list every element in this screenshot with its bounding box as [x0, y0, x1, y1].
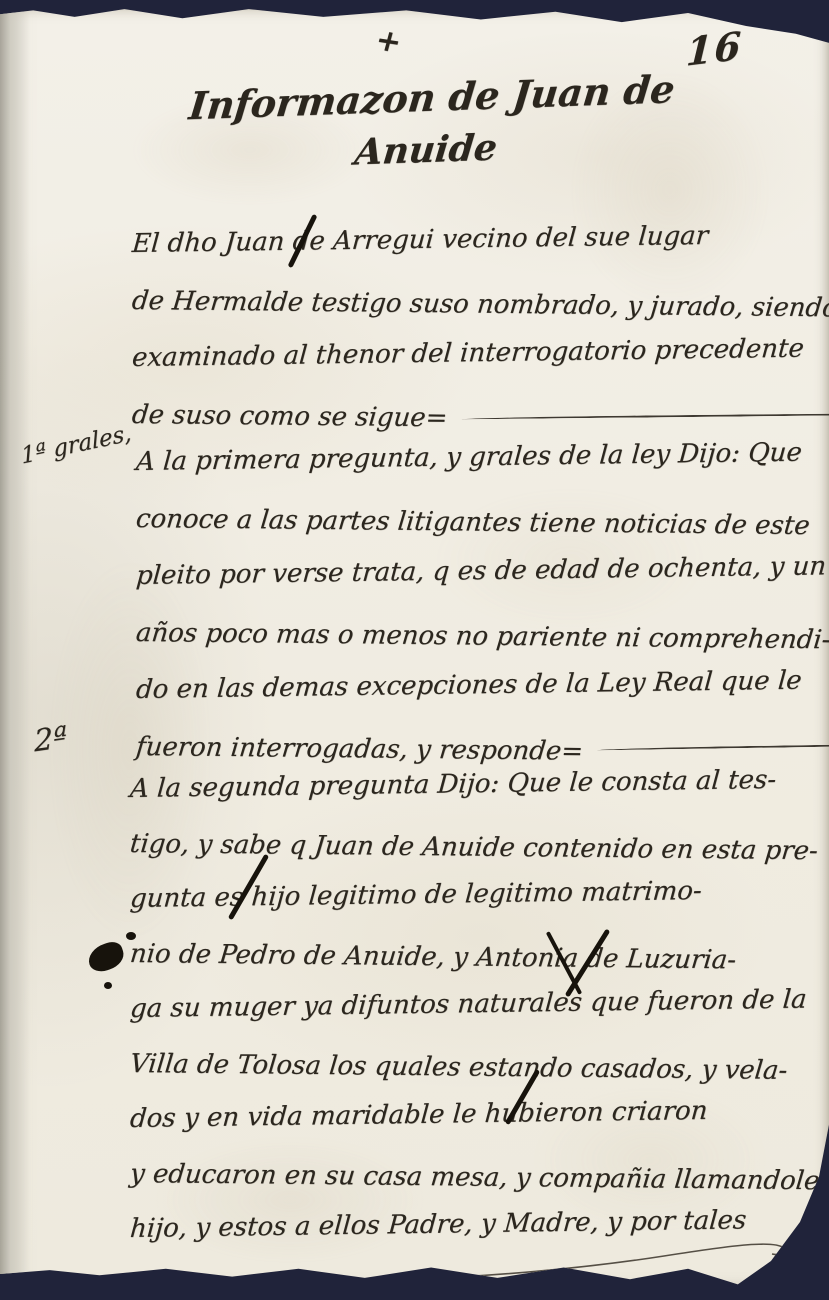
margin-annotation: 2ª: [34, 720, 68, 760]
ink-blot: [85, 939, 127, 975]
document-title: Informazon de Juan de Anuide: [188, 64, 661, 184]
paragraph-first-question: A la primera pregunta, y grales de la le…: [136, 434, 826, 776]
manuscript-scan: + 16 Informazon de Juan de Anuide El dho…: [0, 0, 829, 1300]
ink-blot: [126, 932, 136, 940]
folio-number: 16: [685, 22, 744, 75]
manuscript-line: ga su muger ya difuntos naturales que fu…: [128, 972, 829, 1037]
manuscript-line: A la segunda pregunta Dijo: Que le const…: [128, 752, 829, 817]
manuscript-line: A la primera pregunta, y grales de la le…: [134, 424, 829, 491]
cross-mark: +: [372, 23, 406, 61]
manuscript-line: dos y en vida maridable le hubieron cria…: [128, 1082, 829, 1147]
manuscript-line: El dho Juan de Arregui vecino del sue lu…: [130, 206, 825, 273]
manuscript-line: examinado al thenor del interrogatorio p…: [130, 320, 825, 387]
manuscript-line-text: de suso como se sigue=: [131, 400, 449, 433]
manuscript-line: pleito por verse trata, q es de edad de …: [134, 538, 829, 605]
margin-annotation: 1ª grales,: [20, 420, 133, 469]
rule-flourish: [597, 743, 829, 750]
paragraph-second-question: A la segunda pregunta Dijo: Que le const…: [130, 762, 829, 1257]
manuscript-page: + 16 Informazon de Juan de Anuide El dho…: [0, 0, 829, 1300]
ink-blot: [104, 982, 112, 989]
closing-flourish: [84, 1234, 800, 1288]
rule-flourish: [461, 412, 829, 419]
manuscript-line: do en las demas excepciones de la Ley Re…: [134, 652, 829, 719]
paragraph-intro: El dho Juan de Arregui vecino del sue lu…: [132, 216, 822, 444]
binding-edge: [0, 0, 30, 1300]
